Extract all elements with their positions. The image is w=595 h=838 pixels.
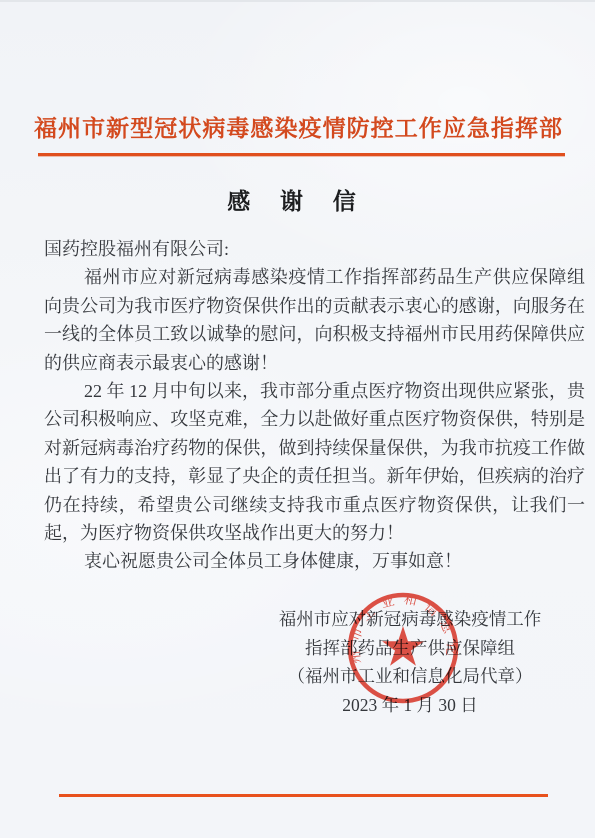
signature-line-3: （福州市工业和信息化局代章）: [276, 662, 544, 691]
footer-rule: [59, 794, 548, 797]
paragraph-2: 22 年 12 月中旬以来，我市部分重点医疗物资出现供应紧张，贵公司积极响应、攻…: [44, 377, 585, 547]
signature-line-1: 福州市应对新冠病毒感染疫情工作: [276, 605, 544, 634]
letter-title: 感 谢 信: [0, 183, 595, 216]
paragraph-3: 衷心祝愿贵公司全体员工身体健康，万事如意！: [44, 547, 585, 575]
header-rule: [38, 153, 565, 156]
paragraph-1: 福州市应对新冠病毒感染疫情工作指挥部药品生产供应保障组向贵公司为我市医疗物资保供…: [44, 263, 585, 377]
signature-line-2: 指挥部药品生产供应保障组: [276, 634, 544, 663]
document-page: 福州市新型冠状病毒感染疫情防控工作应急指挥部 感 谢 信 国药控股福州有限公司:…: [0, 0, 595, 838]
org-header-title: 福州市新型冠状病毒感染疫情防控工作应急指挥部: [34, 110, 562, 143]
signature-block: 福州市应对新冠病毒感染疫情工作 指挥部药品生产供应保障组 （福州市工业和信息化局…: [276, 605, 544, 719]
signature-date: 2023 年 1 月 30 日: [276, 691, 544, 720]
letter-body: 国药控股福州有限公司: 福州市应对新冠病毒感染疫情工作指挥部药品生产供应保障组向…: [44, 235, 585, 576]
salutation: 国药控股福州有限公司:: [44, 235, 585, 263]
